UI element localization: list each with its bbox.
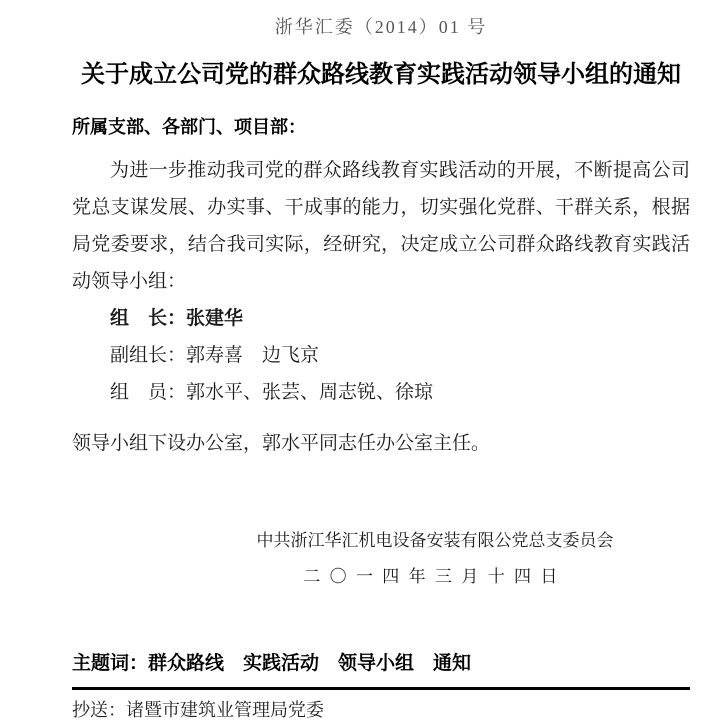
roster-list: 组 长：张建华 副组长：郭寿喜 边飞京 组 员：郭水平、张芸、周志锐、徐琼 [110, 300, 690, 411]
signature-committee: 中共浙江华汇机电设备安装有限公党总支委员会 [220, 529, 650, 553]
cc-line: 抄送：诸暨市建筑业管理局党委 [72, 698, 690, 722]
document-title: 关于成立公司党的群众路线教育实践活动领导小组的通知 [72, 60, 690, 90]
document-number: 浙华汇委（2014）01 号 [72, 14, 690, 40]
subject-keywords-line: 主题词：群众路线 实践活动 领导小组 通知 [72, 651, 690, 677]
roster-line-deputy-leaders: 副组长：郭寿喜 边飞京 [110, 337, 690, 374]
body-paragraph: 为进一步推动我司党的群众路线教育实践活动的开展，不断提高公司党总支谋发展、办实事… [72, 152, 690, 300]
separator-rule [72, 687, 690, 690]
office-note: 领导小组下设办公室，郭水平同志任办公室主任。 [72, 431, 690, 457]
salutation-line: 所属支部、各部门、项目部： [72, 114, 690, 140]
notice-document: 浙华汇委（2014）01 号 关于成立公司党的群众路线教育实践活动领导小组的通知… [0, 0, 723, 728]
signature-block: 中共浙江华汇机电设备安装有限公党总支委员会 二〇一四年三月十四日 [220, 529, 650, 589]
signature-date: 二〇一四年三月十四日 [220, 565, 650, 589]
roster-line-leader: 组 长：张建华 [110, 300, 690, 337]
roster-line-members: 组 员：郭水平、张芸、周志锐、徐琼 [110, 374, 690, 411]
